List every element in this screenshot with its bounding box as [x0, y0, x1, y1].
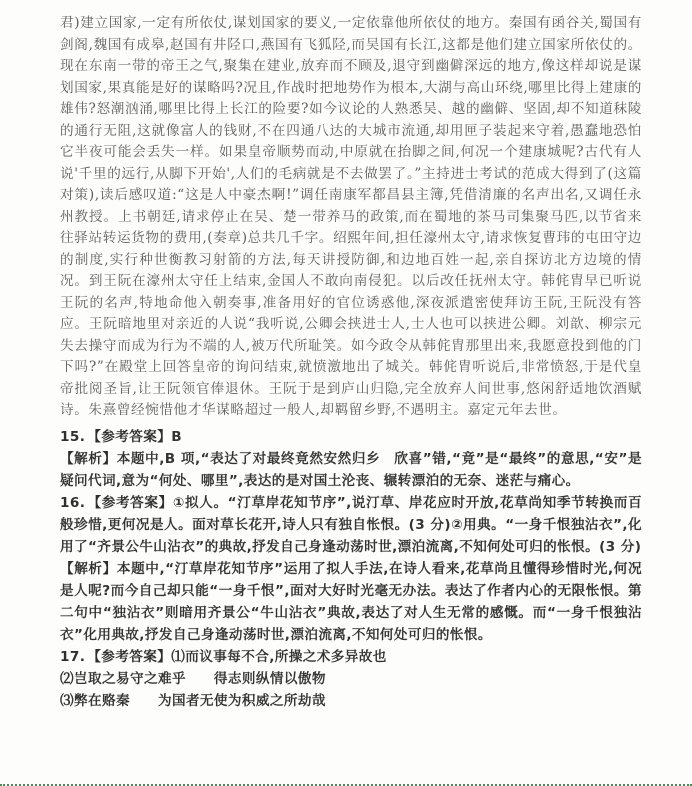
q16-answer-paragraph: 16.【参考答案】①拟人。“汀草岸花知节序”,说汀草、岸花应时开放,花草尚知季节… — [60, 492, 642, 558]
q16-analysis-paragraph: 【解析】本题中,“汀草岸花知节序”运用了拟人手法,在诗人看来,花草尚且懂得珍惜时… — [60, 558, 642, 646]
document-page: 君)建立国家,一定有所依仗,谋划国家的要义,一定依靠他所依仗的地方。秦国有函谷关… — [0, 0, 692, 786]
q15-number: 15. — [60, 429, 85, 445]
q16-analysis: 本题中,“汀草岸花知节序”运用了拟人手法,在诗人看来,花草尚且懂得珍惜时光,何况… — [60, 561, 642, 643]
q17-answer-line-1: 17.【参考答案】⑴而议事每不合,所操之术多异故也 — [60, 646, 642, 668]
q15-answer-label: 【参考答案】 — [87, 429, 171, 445]
q17-number: 17. — [60, 649, 85, 665]
q16-answer-label: 【参考答案】 — [87, 495, 173, 511]
q15-answer: B — [171, 429, 182, 445]
q15-analysis: 本题中,B 项,“表达了对最终竟然安然归乡 欣喜”错,“竟”是“最终”的意思,“… — [60, 451, 642, 489]
q17-answer-line-3: ⑶弊在赂秦 为国者无使为积威之所劫哉 — [60, 690, 642, 712]
translation-paragraph: 君)建立国家,一定有所依仗,谋划国家的要义,一定依靠他所依仗的地方。秦国有函谷关… — [60, 13, 642, 422]
q15-analysis-label: 【解析】 — [60, 451, 117, 467]
q17-answer-label: 【参考答案】 — [87, 649, 171, 665]
q17-answer-line-2: ⑵岂取之易守之难乎 得志则纵情以傲物 — [60, 668, 642, 690]
q15-analysis-paragraph: 【解析】本题中,B 项,“表达了对最终竟然安然归乡 欣喜”错,“竟”是“最终”的… — [60, 448, 642, 492]
q17-answer-3: ⑶弊在赂秦 为国者无使为积威之所劫哉 — [60, 693, 326, 709]
q15-answer-line: 15.【参考答案】B — [60, 426, 642, 448]
q16-analysis-label: 【解析】 — [60, 561, 117, 577]
q17-answer-1: ⑴而议事每不合,所操之术多异故也 — [171, 649, 386, 665]
q17-answer-2: ⑵岂取之易守之难乎 得志则纵情以傲物 — [60, 671, 326, 687]
q16-number: 16. — [60, 495, 85, 511]
